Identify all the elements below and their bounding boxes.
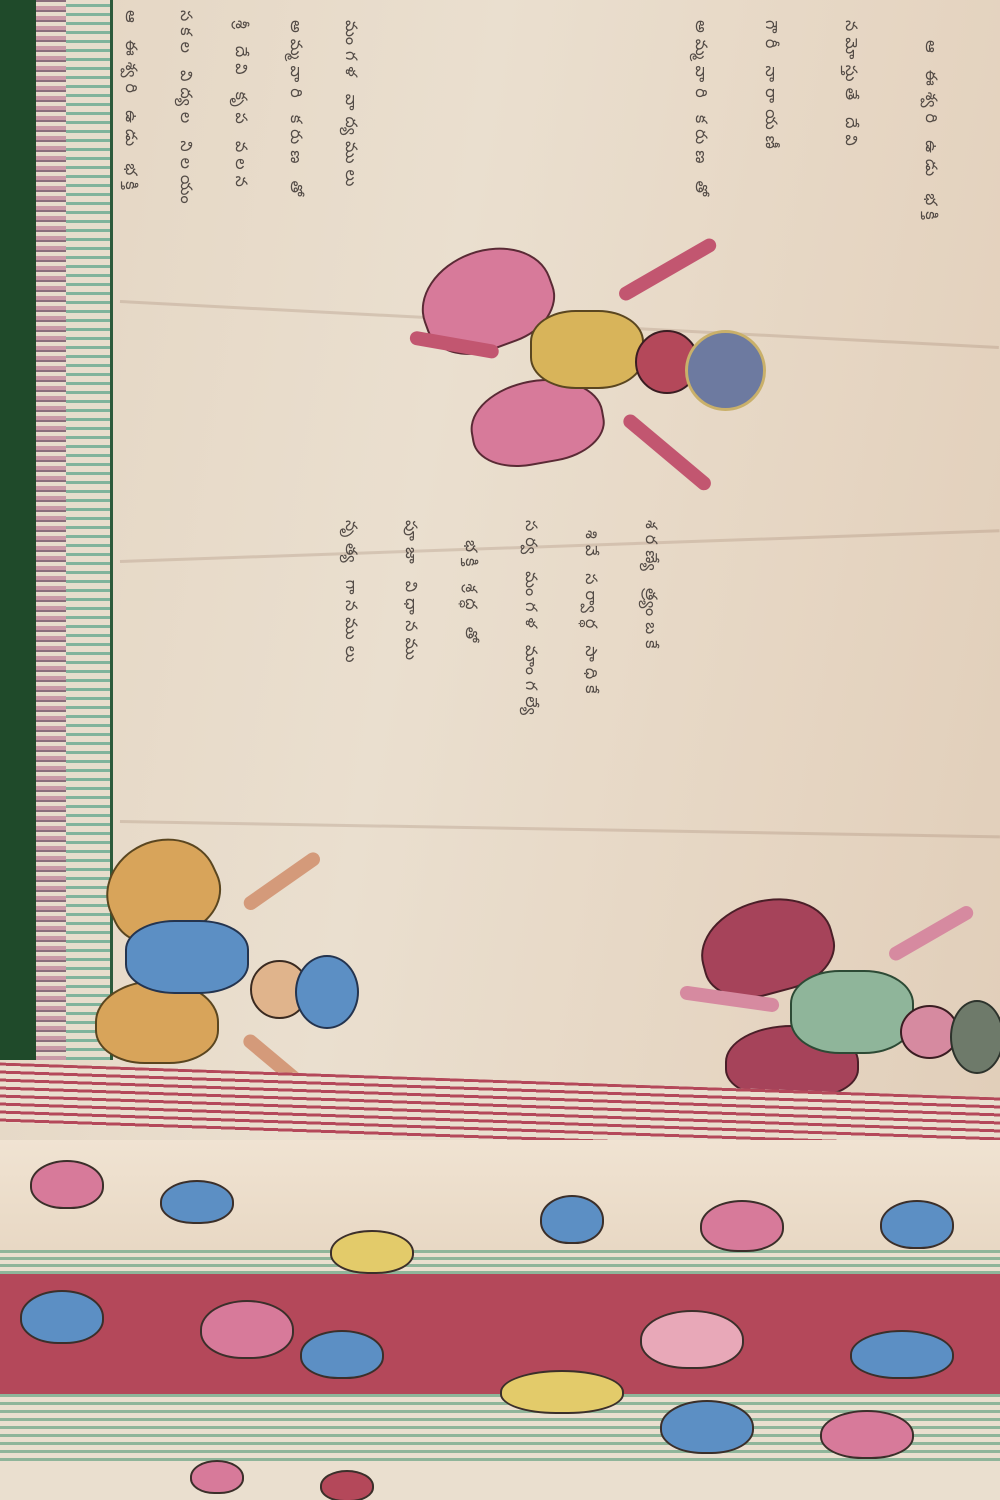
- lotus-motif: [850, 1330, 954, 1379]
- telugu-script-column: నమోస్తుతే దేవి: [840, 20, 862, 880]
- floral-band-top: [0, 1140, 1000, 1250]
- figure-torso: [530, 310, 644, 389]
- figure-crown: [950, 1000, 1000, 1074]
- pink-dancer-figure: [400, 230, 760, 490]
- figure-crown: [685, 330, 766, 411]
- figure-arm: [617, 236, 719, 303]
- lotus-motif: [300, 1330, 384, 1379]
- lotus-motif: [330, 1230, 414, 1274]
- figure-torso: [790, 970, 914, 1054]
- lotus-motif: [20, 1290, 104, 1344]
- lotus-motif: [160, 1180, 234, 1224]
- figure-crown: [295, 955, 359, 1029]
- telugu-script-column: సర్వ మంగళ మాంగల్యే: [520, 520, 542, 1080]
- lotus-motif: [30, 1160, 104, 1209]
- figure-torso: [125, 920, 249, 994]
- telugu-script-column: శివే సర్వార్థ సాధికే: [580, 530, 602, 1090]
- floral-band-bottom: [0, 1464, 1000, 1500]
- lotus-motif: [820, 1410, 914, 1459]
- pink-woven-border: [36, 0, 66, 1060]
- figure-arm: [241, 850, 323, 913]
- lotus-motif: [660, 1400, 754, 1454]
- telugu-script-column: గౌరీ నారాయణీ: [760, 20, 782, 880]
- telugu-script-column: శరణ్యే త్ర్యంబకే: [640, 520, 662, 890]
- figure-arm: [621, 412, 714, 493]
- lotus-motif: [640, 1310, 744, 1369]
- lotus-motif: [540, 1195, 604, 1244]
- telugu-script-column: అమ్మవారి కరుణ తో: [690, 20, 712, 200]
- telugu-script-column: అమ్మవారి కరుణ తో: [285, 20, 307, 820]
- telugu-script-column: పూజా విధానము: [400, 520, 422, 900]
- lotus-motif: [190, 1460, 244, 1494]
- lotus-motif: [320, 1470, 374, 1500]
- maroon-dancer-figure: [670, 890, 1000, 1120]
- saree-photo: ఆ ఈశ్వరి ఉడు భక్తి సకల విద్యల నిలయం శ్రీ…: [0, 0, 1000, 1500]
- telugu-script-column: మంగళ వాద్యములు: [340, 20, 362, 250]
- figure-arm: [887, 903, 976, 963]
- green-border: [0, 0, 36, 1060]
- telugu-script-column: భక్తి శ్రద్ధ తో: [460, 540, 482, 920]
- green-stripe-band: [0, 1250, 1000, 1274]
- lotus-motif: [880, 1200, 954, 1249]
- blue-dancer-figure: [95, 830, 355, 1090]
- lotus-motif: [500, 1370, 624, 1414]
- lotus-motif: [700, 1200, 784, 1252]
- lotus-motif: [200, 1300, 294, 1359]
- telugu-script-column: శ్రీ దేవి కృప వలన: [230, 20, 252, 820]
- floral-band-middle: [0, 1274, 1000, 1394]
